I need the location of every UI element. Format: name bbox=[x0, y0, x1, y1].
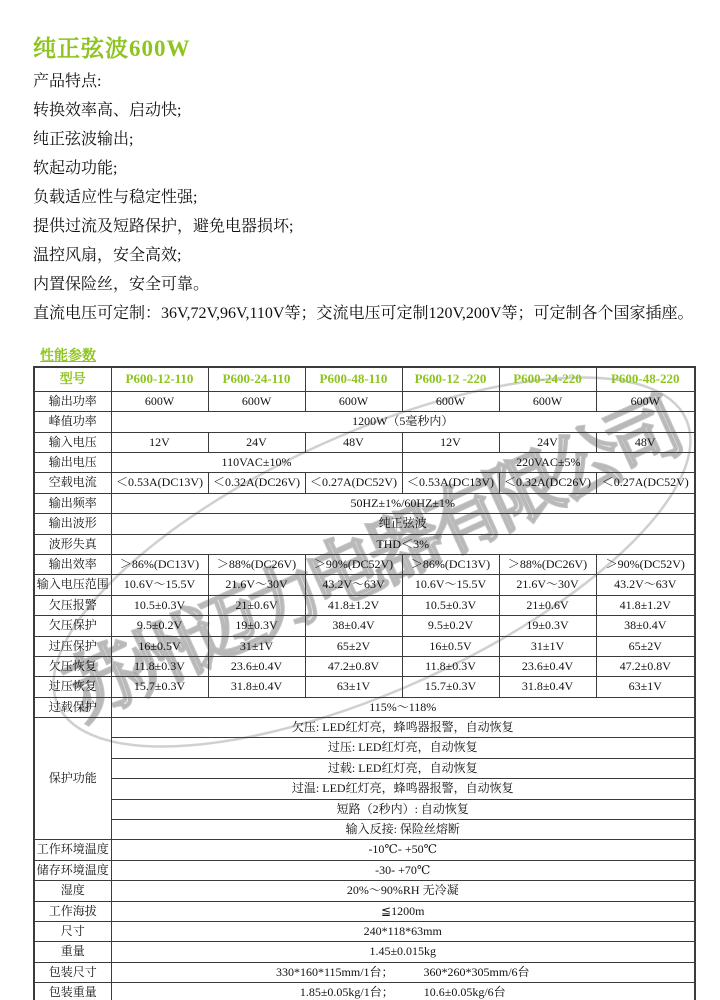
value-cell: ＜0.53A(DC13V) bbox=[402, 473, 499, 493]
value-cell: 21.6V～30V bbox=[208, 575, 305, 595]
value-cell: ＞88%(DC26V) bbox=[499, 554, 596, 574]
feature-line: 内置保险丝，安全可靠。 bbox=[33, 270, 720, 299]
value-cell: 12V bbox=[111, 432, 208, 452]
value-cell: -30- +70℃ bbox=[111, 860, 695, 880]
document-page: 纯正弦波600W 产品特点: 转换效率高、启动快; 纯正弦波输出; 软起动功能;… bbox=[0, 0, 720, 1000]
value-cell: 9.5±0.2V bbox=[402, 616, 499, 636]
row-label: 欠压报警 bbox=[34, 595, 111, 615]
value-cell: 115%～118% bbox=[111, 697, 695, 717]
value-cell: 1.85±0.05kg/1台； 10.6±0.05kg/6台 bbox=[111, 983, 695, 1000]
value-cell: 21±0.6V bbox=[208, 595, 305, 615]
value-cell: 短路（2秒内）: 自动恢复 bbox=[111, 799, 695, 819]
value-cell: 600W bbox=[111, 391, 208, 411]
value-cell: 23.6±0.4V bbox=[499, 656, 596, 676]
value-cell: 600W bbox=[596, 391, 695, 411]
model-cell: P600-12 -220 bbox=[402, 367, 499, 391]
value-cell: 48V bbox=[305, 432, 402, 452]
table-row: 输出波形 纯正弦波 bbox=[34, 514, 695, 534]
value-cell: 600W bbox=[305, 391, 402, 411]
value-cell: 9.5±0.2V bbox=[111, 616, 208, 636]
value-cell: ＜0.53A(DC13V) bbox=[111, 473, 208, 493]
row-label: 型号 bbox=[34, 367, 111, 391]
table-row: 输出电压 110VAC±10% 220VAC±5% bbox=[34, 453, 695, 473]
value-cell: 纯正弦波 bbox=[111, 514, 695, 534]
value-cell: 38±0.4V bbox=[305, 616, 402, 636]
row-label: 保护功能 bbox=[34, 718, 111, 840]
row-label: 工作海拔 bbox=[34, 901, 111, 921]
value-cell: 600W bbox=[208, 391, 305, 411]
page-title: 纯正弦波600W bbox=[33, 30, 720, 63]
row-label: 输入电压 bbox=[34, 432, 111, 452]
table-row: 储存环境温度 -30- +70℃ bbox=[34, 860, 695, 880]
value-cell: 41.8±1.2V bbox=[596, 595, 695, 615]
model-cell: P600-48-220 bbox=[596, 367, 695, 391]
table-row: 湿度 20%～90%RH 无冷凝 bbox=[34, 881, 695, 901]
feature-line: 直流电压可定制：36V,72V,96V,110V等；交流电压可定制120V,20… bbox=[33, 299, 720, 328]
model-cell: P600-24-110 bbox=[208, 367, 305, 391]
table-row: 短路（2秒内）: 自动恢复 bbox=[34, 799, 695, 819]
row-label: 输出波形 bbox=[34, 514, 111, 534]
value-cell: 48V bbox=[596, 432, 695, 452]
table-row: 尺寸 240*118*63mm bbox=[34, 922, 695, 942]
value-cell: 10.6V～15.5V bbox=[111, 575, 208, 595]
value-cell: 15.7±0.3V bbox=[111, 677, 208, 697]
value-cell: 330*160*115mm/1台； 360*260*305mm/6台 bbox=[111, 962, 695, 982]
value-cell: 16±0.5V bbox=[111, 636, 208, 656]
value-cell: 38±0.4V bbox=[596, 616, 695, 636]
table-row: 工作海拔 ≦1200m bbox=[34, 901, 695, 921]
value-cell: 65±2V bbox=[305, 636, 402, 656]
row-label: 重量 bbox=[34, 942, 111, 962]
value-cell: ＜0.32A(DC26V) bbox=[499, 473, 596, 493]
value-cell: 16±0.5V bbox=[402, 636, 499, 656]
row-label: 湿度 bbox=[34, 881, 111, 901]
table-header-row: 型号 P600-12-110 P600-24-110 P600-48-110 P… bbox=[34, 367, 695, 391]
row-label: 输出频率 bbox=[34, 493, 111, 513]
table-row: 波形失真 THD＜3% bbox=[34, 534, 695, 554]
row-label: 包装尺寸 bbox=[34, 962, 111, 982]
value-cell: 15.7±0.3V bbox=[402, 677, 499, 697]
table-row: 过压保护 16±0.5V 31±1V 65±2V 16±0.5V 31±1V 6… bbox=[34, 636, 695, 656]
row-label: 输出效率 bbox=[34, 554, 111, 574]
feature-line: 负载适应性与稳定性强; bbox=[33, 183, 720, 212]
value-cell: 110VAC±10% bbox=[111, 453, 402, 473]
row-label: 过载保护 bbox=[34, 697, 111, 717]
row-label: 输出电压 bbox=[34, 453, 111, 473]
value-cell: 24V bbox=[499, 432, 596, 452]
value-cell: ＜0.27A(DC52V) bbox=[596, 473, 695, 493]
value-cell: 10.6V～15.5V bbox=[402, 575, 499, 595]
table-row: 输出频率 50HZ±1%/60HZ±1% bbox=[34, 493, 695, 513]
value-cell: 11.8±0.3V bbox=[402, 656, 499, 676]
table-row: 过温: LED红灯亮，蜂鸣器报警，自动恢复 bbox=[34, 779, 695, 799]
value-cell: ＜0.32A(DC26V) bbox=[208, 473, 305, 493]
value-cell: 23.6±0.4V bbox=[208, 656, 305, 676]
model-cell: P600-24-220 bbox=[499, 367, 596, 391]
value-cell: 过载: LED红灯亮，自动恢复 bbox=[111, 758, 695, 778]
table-row: 欠压恢复 11.8±0.3V 23.6±0.4V 47.2±0.8V 11.8±… bbox=[34, 656, 695, 676]
row-label: 工作环境温度 bbox=[34, 840, 111, 860]
table-row: 工作环境温度 -10℃- +50℃ bbox=[34, 840, 695, 860]
table-row: 输出效率 ＞86%(DC13V) ＞88%(DC26V) ＞90%(DC52V)… bbox=[34, 554, 695, 574]
value-cell: ＞88%(DC26V) bbox=[208, 554, 305, 574]
value-cell: 12V bbox=[402, 432, 499, 452]
value-cell: 240*118*63mm bbox=[111, 922, 695, 942]
model-cell: P600-12-110 bbox=[111, 367, 208, 391]
row-label: 空载电流 bbox=[34, 473, 111, 493]
value-cell: 600W bbox=[402, 391, 499, 411]
value-cell: 11.8±0.3V bbox=[111, 656, 208, 676]
value-cell: 24V bbox=[208, 432, 305, 452]
table-row: 保护功能 欠压: LED红灯亮，蜂鸣器报警，自动恢复 bbox=[34, 718, 695, 738]
value-cell: 43.2V～63V bbox=[596, 575, 695, 595]
value-cell: 600W bbox=[499, 391, 596, 411]
value-cell: 65±2V bbox=[596, 636, 695, 656]
value-cell: 43.2V～63V bbox=[305, 575, 402, 595]
value-cell: ＜0.27A(DC52V) bbox=[305, 473, 402, 493]
row-label: 欠压保护 bbox=[34, 616, 111, 636]
table-row: 空载电流 ＜0.53A(DC13V) ＜0.32A(DC26V) ＜0.27A(… bbox=[34, 473, 695, 493]
row-label: 过压保护 bbox=[34, 636, 111, 656]
value-cell: 1200W（5毫秒内） bbox=[111, 412, 695, 432]
value-cell: 20%～90%RH 无冷凝 bbox=[111, 881, 695, 901]
table-row: 输入反接: 保险丝熔断 bbox=[34, 820, 695, 840]
value-cell: 31.8±0.4V bbox=[208, 677, 305, 697]
value-cell: ＞90%(DC52V) bbox=[596, 554, 695, 574]
spec-table: 型号 P600-12-110 P600-24-110 P600-48-110 P… bbox=[33, 366, 696, 1000]
table-row: 过载: LED红灯亮，自动恢复 bbox=[34, 758, 695, 778]
value-cell: 31±1V bbox=[208, 636, 305, 656]
row-label: 储存环境温度 bbox=[34, 860, 111, 880]
table-row: 输入电压范围 10.6V～15.5V 21.6V～30V 43.2V～63V 1… bbox=[34, 575, 695, 595]
row-label: 峰值功率 bbox=[34, 412, 111, 432]
value-cell: 21±0.6V bbox=[499, 595, 596, 615]
value-cell: 19±0.3V bbox=[208, 616, 305, 636]
value-cell: THD＜3% bbox=[111, 534, 695, 554]
value-cell: 47.2±0.8V bbox=[305, 656, 402, 676]
value-cell: 欠压: LED红灯亮，蜂鸣器报警，自动恢复 bbox=[111, 718, 695, 738]
table-row: 重量 1.45±0.015kg bbox=[34, 942, 695, 962]
value-cell: 19±0.3V bbox=[499, 616, 596, 636]
value-cell: 21.6V～30V bbox=[499, 575, 596, 595]
table-row: 过压: LED红灯亮，自动恢复 bbox=[34, 738, 695, 758]
value-cell: 47.2±0.8V bbox=[596, 656, 695, 676]
row-label: 过压恢复 bbox=[34, 677, 111, 697]
feature-line: 软起动功能; bbox=[33, 154, 720, 183]
features-heading: 产品特点: bbox=[33, 67, 720, 96]
model-cell: P600-48-110 bbox=[305, 367, 402, 391]
value-cell: ≦1200m bbox=[111, 901, 695, 921]
value-cell: 63±1V bbox=[596, 677, 695, 697]
value-cell: 10.5±0.3V bbox=[402, 595, 499, 615]
table-row: 包装尺寸 330*160*115mm/1台； 360*260*305mm/6台 bbox=[34, 962, 695, 982]
feature-line: 提供过流及短路保护，避免电器损坏; bbox=[33, 212, 720, 241]
table-row: 输入电压 12V 24V 48V 12V 24V 48V bbox=[34, 432, 695, 452]
value-cell: 输入反接: 保险丝熔断 bbox=[111, 820, 695, 840]
features-list: 产品特点: 转换效率高、启动快; 纯正弦波输出; 软起动功能; 负载适应性与稳定… bbox=[33, 67, 720, 328]
section-label: 性能参数 bbox=[40, 345, 96, 365]
value-cell: 31±1V bbox=[499, 636, 596, 656]
value-cell: 220VAC±5% bbox=[402, 453, 695, 473]
table-row: 包装重量 1.85±0.05kg/1台； 10.6±0.05kg/6台 bbox=[34, 983, 695, 1000]
row-label: 包装重量 bbox=[34, 983, 111, 1000]
table-row: 过载保护 115%～118% bbox=[34, 697, 695, 717]
table-row: 过压恢复 15.7±0.3V 31.8±0.4V 63±1V 15.7±0.3V… bbox=[34, 677, 695, 697]
table-row: 欠压保护 9.5±0.2V 19±0.3V 38±0.4V 9.5±0.2V 1… bbox=[34, 616, 695, 636]
table-row: 输出功率 600W 600W 600W 600W 600W 600W bbox=[34, 391, 695, 411]
feature-line: 纯正弦波输出; bbox=[33, 125, 720, 154]
row-label: 输出功率 bbox=[34, 391, 111, 411]
value-cell: -10℃- +50℃ bbox=[111, 840, 695, 860]
table-row: 峰值功率 1200W（5毫秒内） bbox=[34, 412, 695, 432]
value-cell: 50HZ±1%/60HZ±1% bbox=[111, 493, 695, 513]
row-label: 尺寸 bbox=[34, 922, 111, 942]
value-cell: 过温: LED红灯亮，蜂鸣器报警，自动恢复 bbox=[111, 779, 695, 799]
value-cell: 过压: LED红灯亮，自动恢复 bbox=[111, 738, 695, 758]
value-cell: 41.8±1.2V bbox=[305, 595, 402, 615]
row-label: 波形失真 bbox=[34, 534, 111, 554]
value-cell: 63±1V bbox=[305, 677, 402, 697]
row-label: 输入电压范围 bbox=[34, 575, 111, 595]
value-cell: 1.45±0.015kg bbox=[111, 942, 695, 962]
value-cell: 31.8±0.4V bbox=[499, 677, 596, 697]
value-cell: ＞86%(DC13V) bbox=[111, 554, 208, 574]
feature-line: 温控风扇，安全高效; bbox=[33, 241, 720, 270]
value-cell: ＞86%(DC13V) bbox=[402, 554, 499, 574]
value-cell: 10.5±0.3V bbox=[111, 595, 208, 615]
value-cell: ＞90%(DC52V) bbox=[305, 554, 402, 574]
table-row: 欠压报警 10.5±0.3V 21±0.6V 41.8±1.2V 10.5±0.… bbox=[34, 595, 695, 615]
feature-line: 转换效率高、启动快; bbox=[33, 96, 720, 125]
row-label: 欠压恢复 bbox=[34, 656, 111, 676]
